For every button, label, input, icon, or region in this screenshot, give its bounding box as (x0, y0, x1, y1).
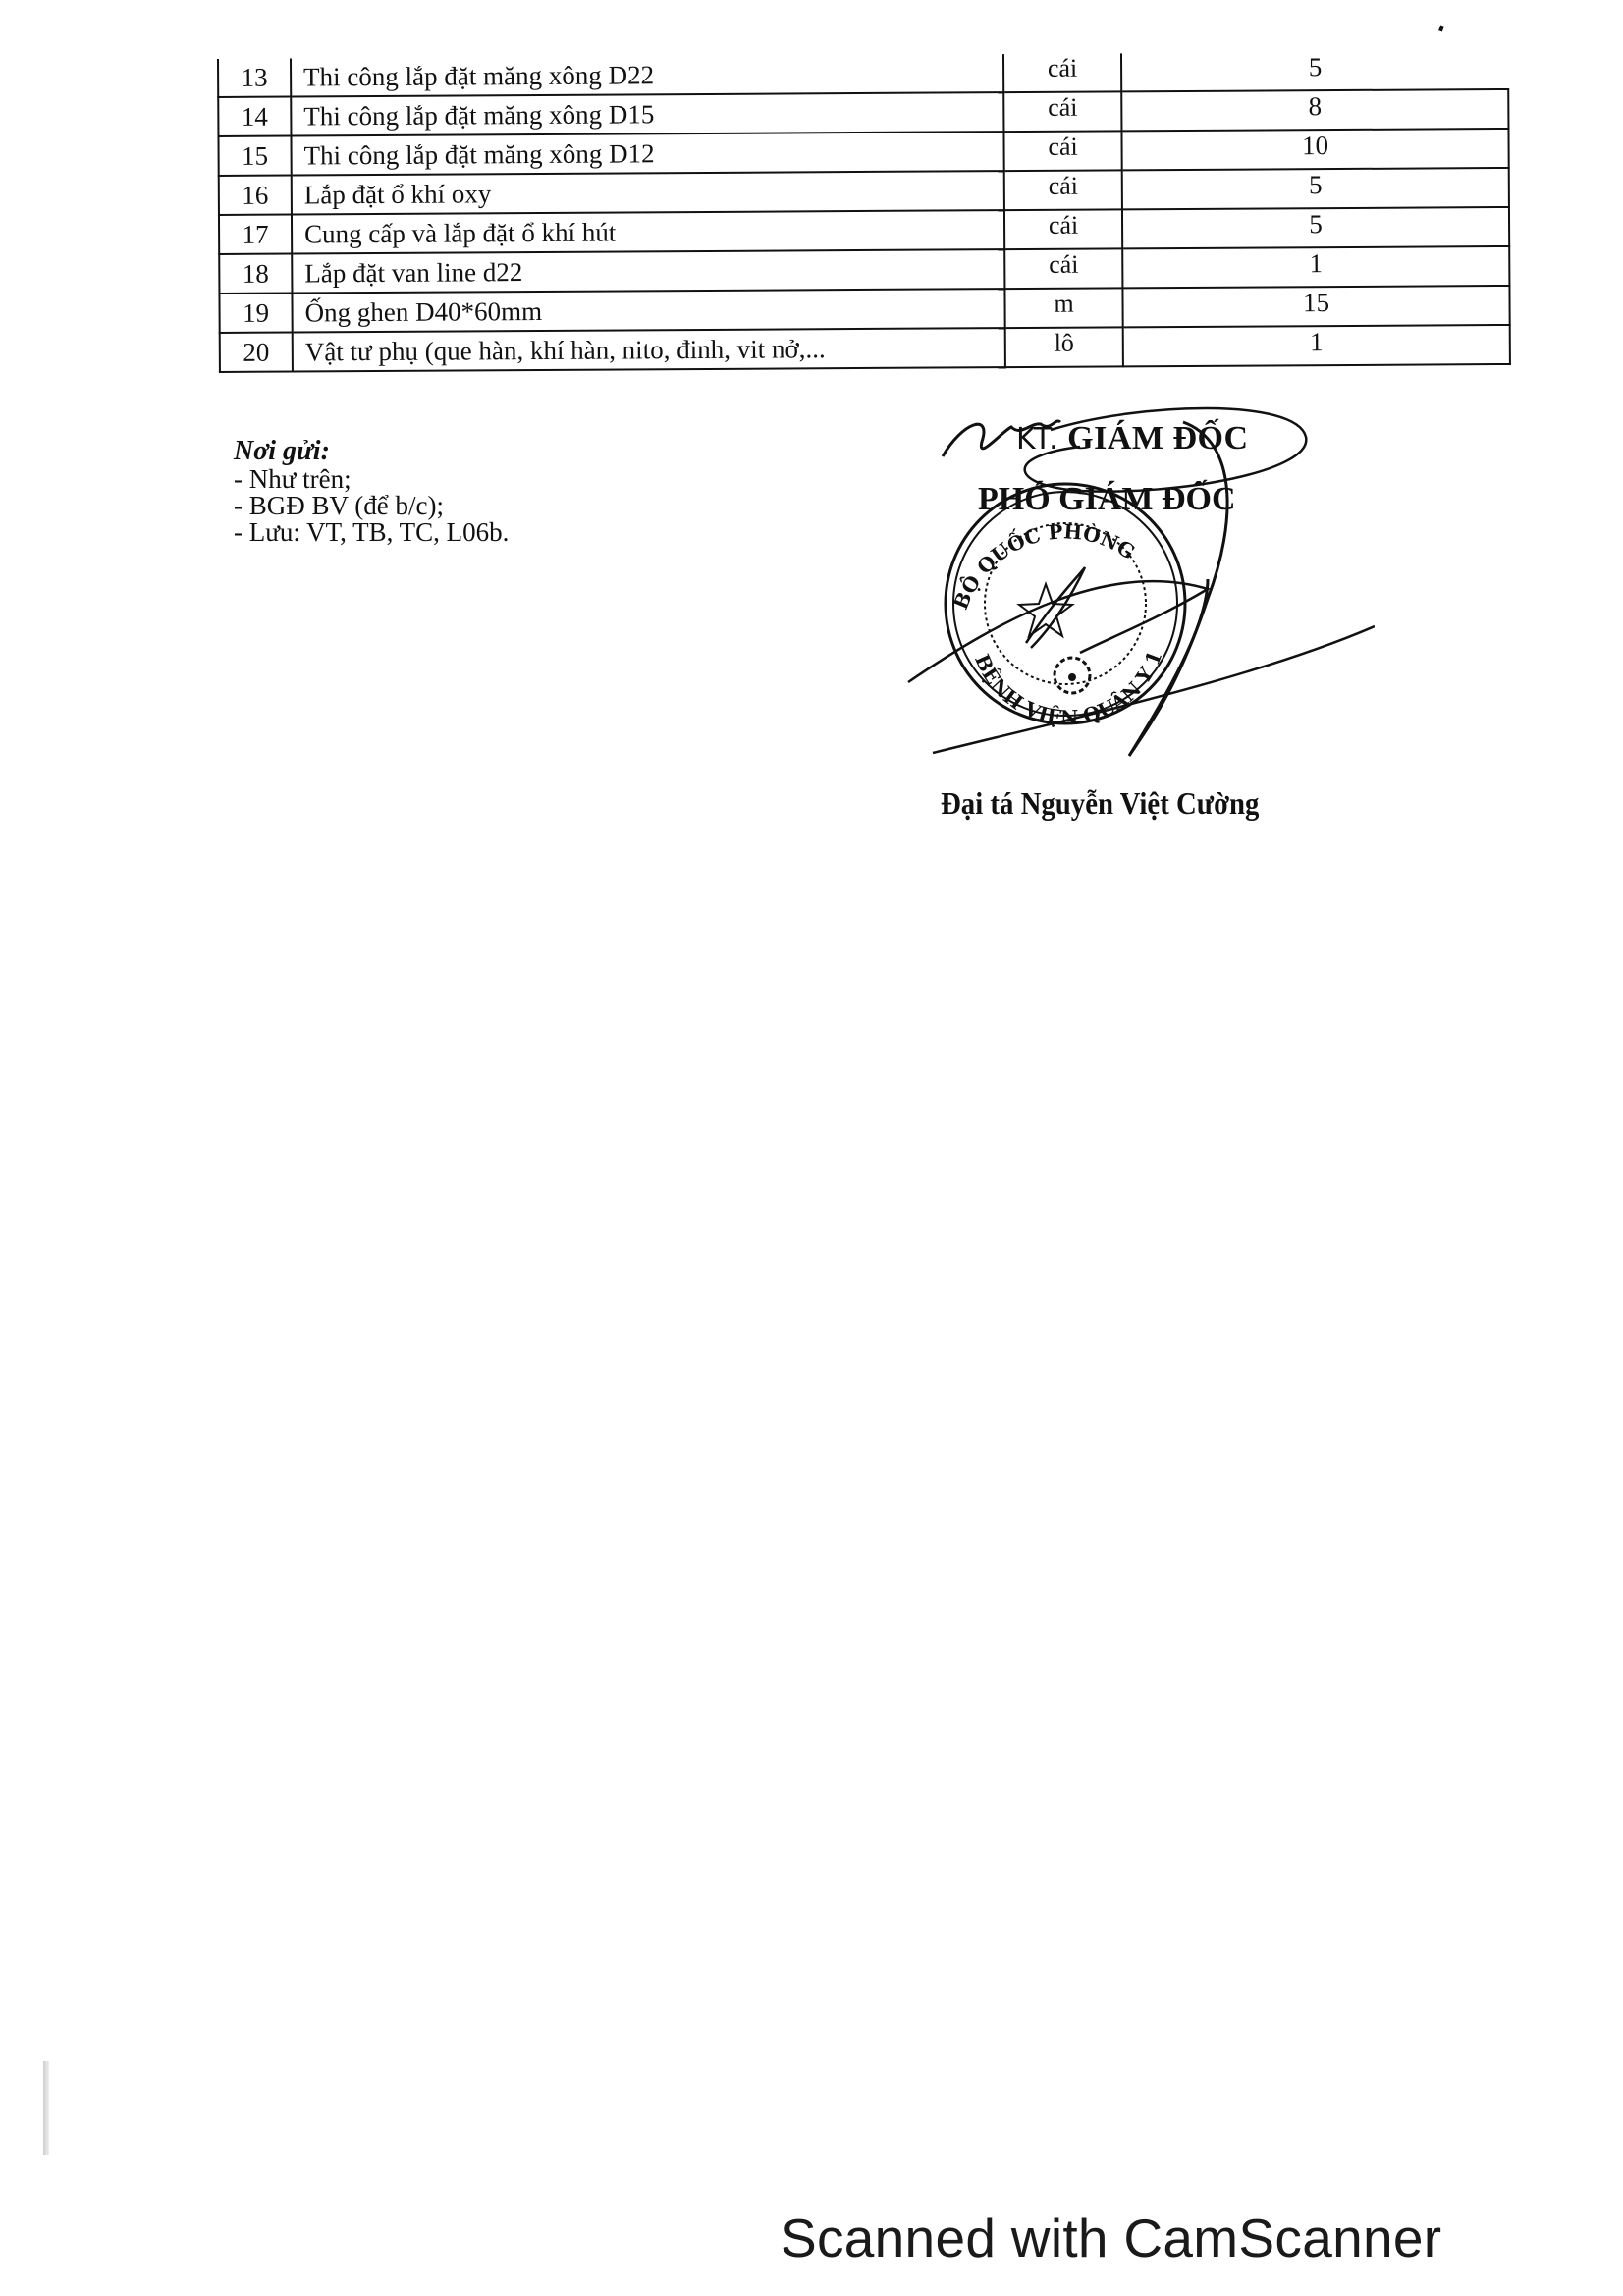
signature-authority: KT. GIÁM ĐỐC (1016, 420, 1249, 457)
item-quantity: 1 (1122, 246, 1509, 288)
row-number: 14 (218, 97, 291, 136)
item-unit: cái (1003, 91, 1121, 132)
item-name: Lắp đặt ổ khí oxy (292, 171, 1004, 214)
item-quantity: 5 (1122, 207, 1509, 248)
item-quantity: 5 (1121, 51, 1508, 91)
item-unit: cái (1004, 209, 1122, 249)
row-number: 16 (219, 176, 292, 215)
item-name: Thi công lắp đặt măng xông D22 (291, 54, 1003, 96)
item-unit: cái (1004, 248, 1122, 289)
item-quantity: 8 (1121, 89, 1508, 131)
signature-role: PHÓ GIÁM ĐỐC (978, 481, 1236, 518)
recipient-line: - Như trên; (234, 466, 509, 493)
camscanner-watermark: Scanned with CamScanner (781, 2207, 1441, 2269)
signature-authority-title: GIÁM ĐỐC (1067, 420, 1248, 456)
item-name: Thi công lắp đặt măng xông D12 (291, 132, 1003, 175)
row-number: 15 (218, 136, 291, 176)
item-unit: m (1004, 288, 1122, 328)
signer-name: Đại tá Nguyễn Việt Cường (941, 785, 1259, 822)
recipients-title: Nơi gửi: (234, 438, 509, 464)
svg-text:BỘ QUỐC PHÒNG: BỘ QUỐC PHÒNG (948, 519, 1139, 613)
table-row: 20Vật tư phụ (que hàn, khí hàn, nito, đi… (220, 325, 1510, 372)
item-name: Lắp đặt van line d22 (292, 249, 1004, 293)
row-number: 17 (219, 215, 292, 254)
scan-speck (1438, 25, 1444, 31)
row-number: 19 (219, 294, 292, 333)
row-number: 18 (219, 254, 292, 294)
item-unit: cái (1004, 170, 1122, 210)
item-quantity: 1 (1123, 325, 1510, 366)
row-number: 20 (220, 333, 293, 372)
recipients-block: Nơi gửi: - Như trên; - BGĐ BV (để b/c); … (234, 438, 509, 546)
item-quantity: 5 (1122, 168, 1509, 209)
row-number: 13 (218, 59, 291, 97)
item-name: Thi công lắp đặt măng xông D15 (291, 92, 1003, 135)
item-unit: lô (1005, 327, 1123, 367)
recipient-line: - Lưu: VT, TB, TC, L06b. (234, 519, 509, 546)
item-name: Ống ghen D40*60mm (292, 289, 1004, 332)
item-unit: cái (1003, 53, 1121, 92)
item-name: Cung cấp và lắp đặt ổ khí hút (292, 210, 1004, 253)
signature-prefix: KT. (1016, 422, 1058, 456)
item-quantity: 10 (1121, 129, 1508, 170)
items-table: 13Thi công lắp đặt măng xông D22cái514Th… (217, 51, 1511, 373)
item-name: Vật tư phụ (que hàn, khí hàn, nito, đinh… (293, 328, 1005, 371)
item-unit: cái (1003, 131, 1121, 171)
recipient-line: - BGĐ BV (để b/c); (234, 493, 509, 519)
scan-edge-shadow (43, 2061, 49, 2155)
item-quantity: 15 (1122, 286, 1509, 327)
